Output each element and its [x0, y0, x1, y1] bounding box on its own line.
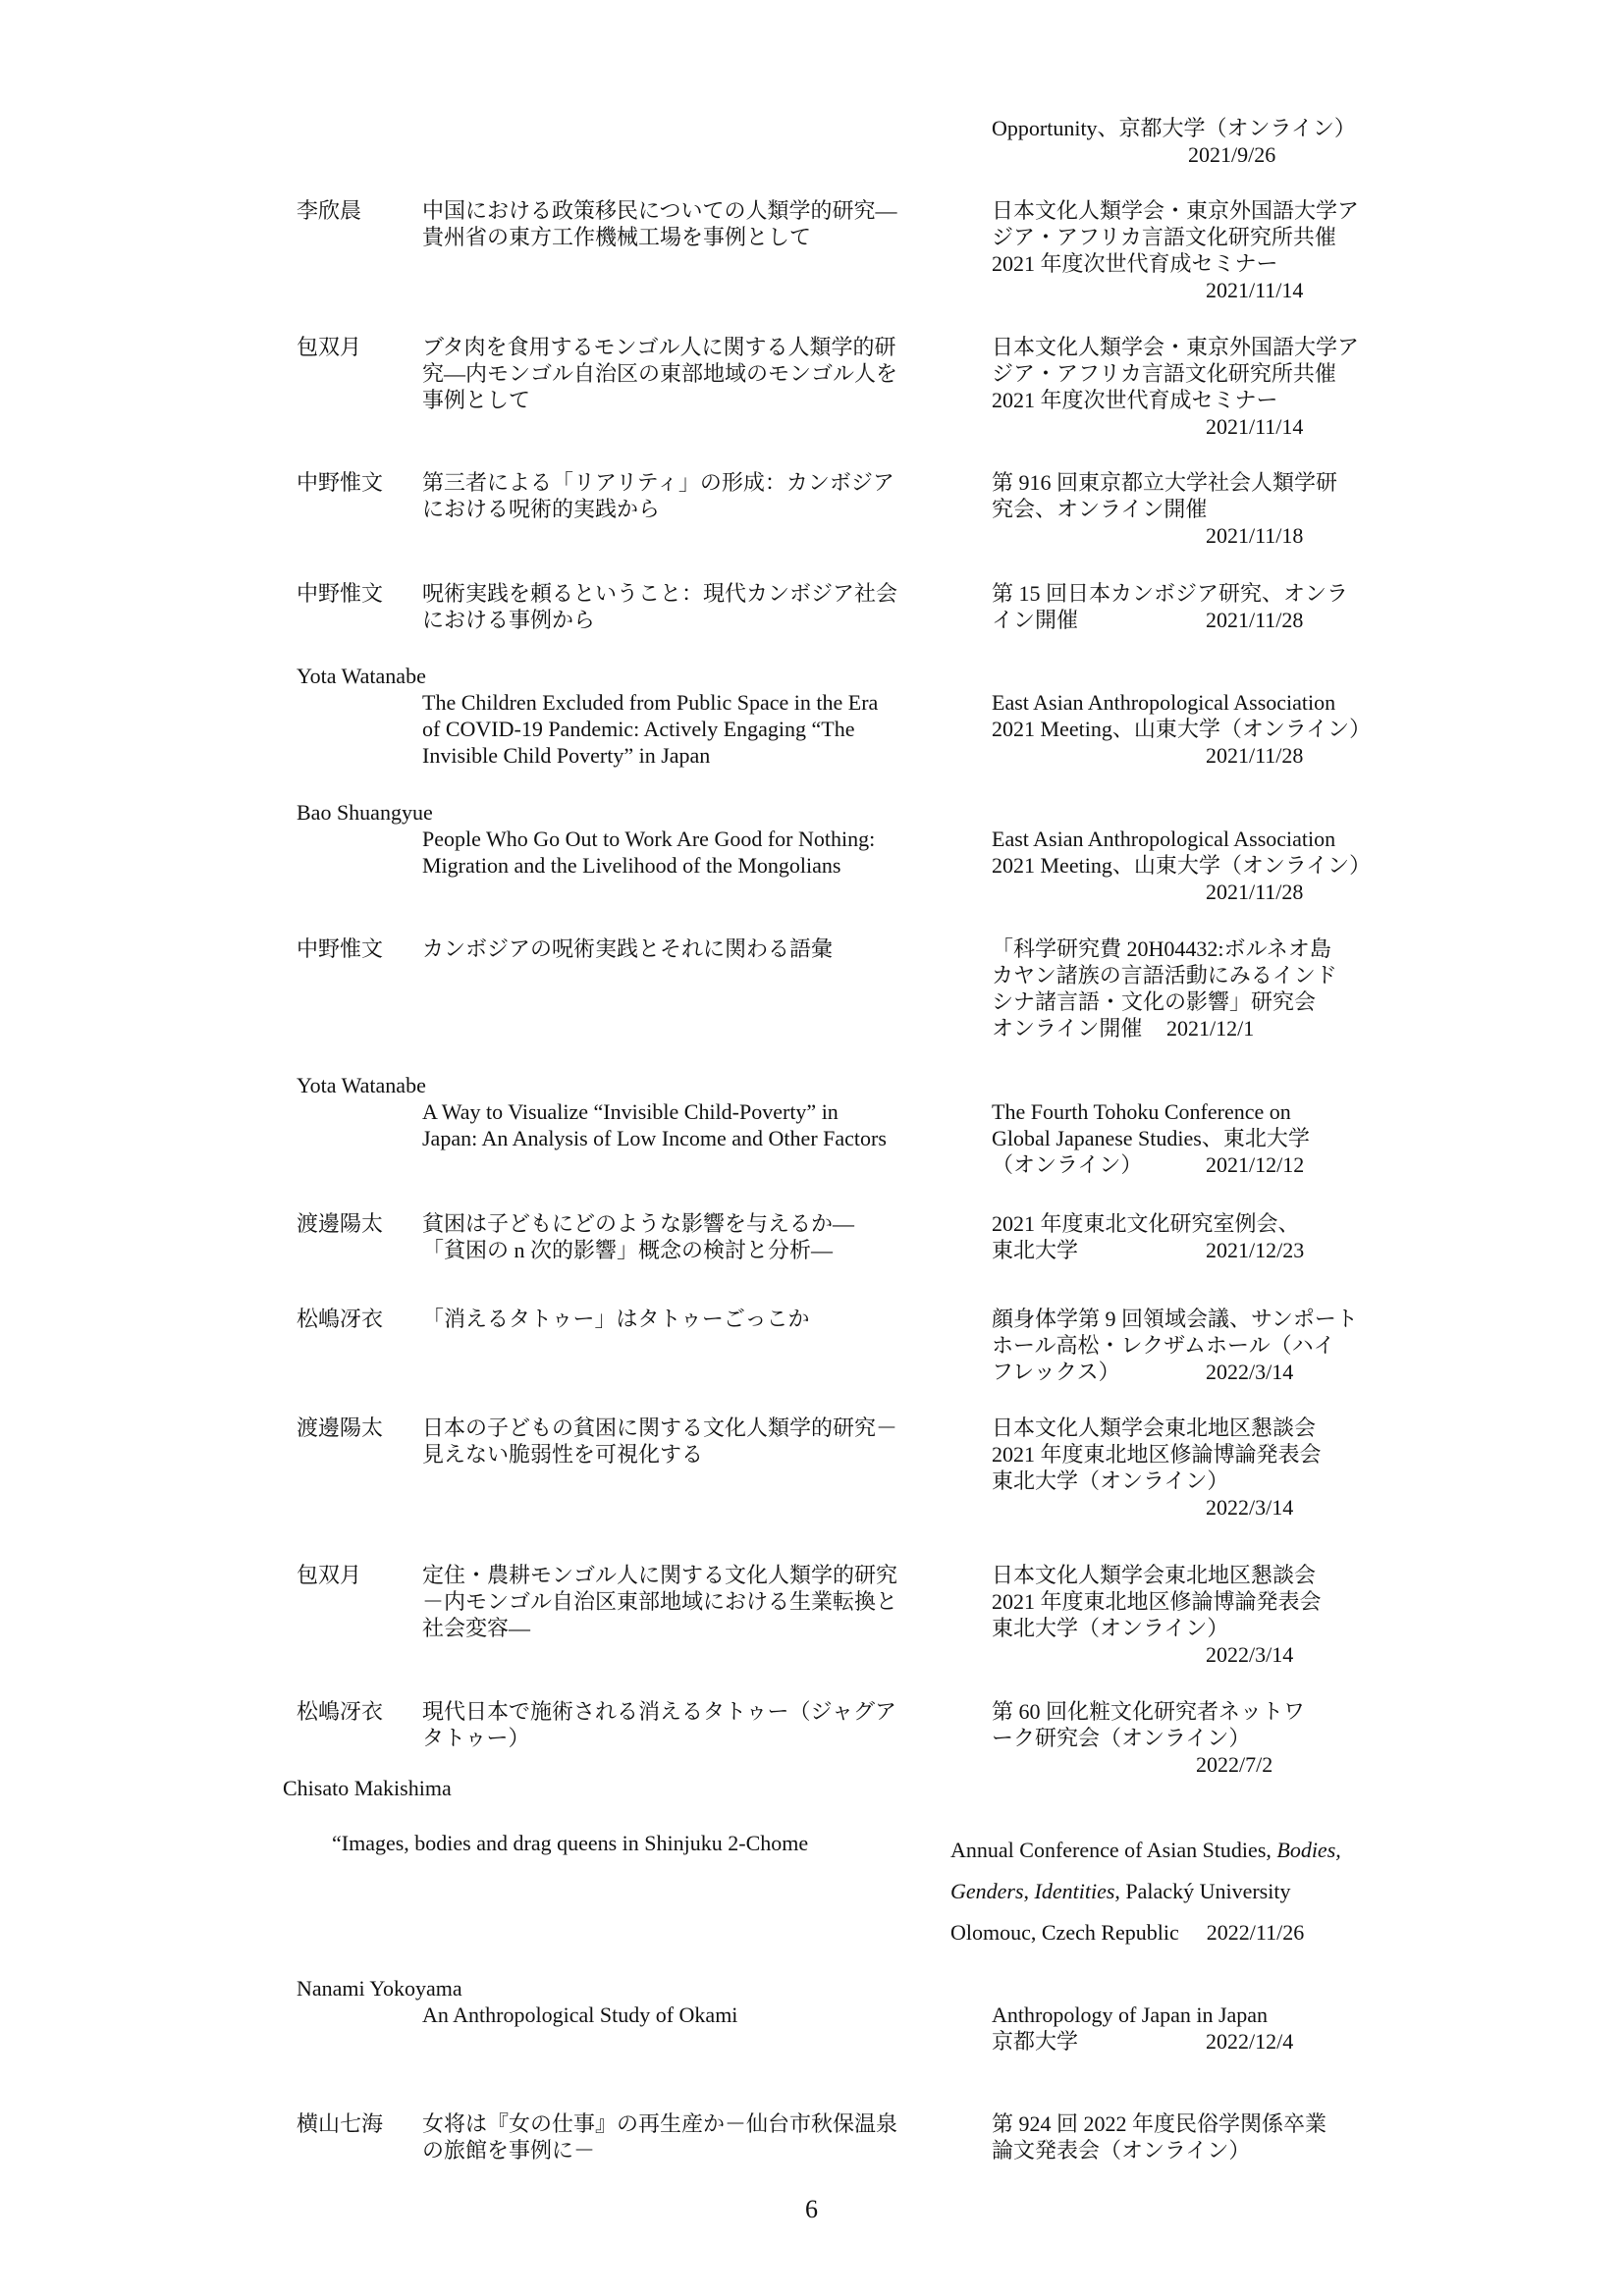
date: 2021/11/14: [992, 413, 1404, 440]
venue-line-with-date: 京都大学 2022/12/4: [992, 2028, 1404, 2055]
title-line: 日本の子どもの貧困に関する文化人類学的研究－: [422, 1415, 972, 1441]
venue-italic-text: Bodies,: [1276, 1838, 1340, 1862]
venue-line: 東北大学（オンライン）: [992, 1468, 1404, 1494]
title-line: 事例として: [422, 387, 972, 413]
venue-line: Olomouc, Czech Republic2022/11/26: [950, 1912, 1341, 1953]
venue-line: カヤン諸族の言語活動にみるインド: [992, 962, 1404, 988]
date: 2021/11/18: [992, 522, 1404, 549]
title-line: 女将は『女の仕事』の再生産か－仙台市秋保温泉: [422, 2110, 972, 2137]
venue-line-with-date: オンライン開催 2021/12/1: [992, 1015, 1404, 1041]
venue-text: Annual Conference of Asian Studies,: [950, 1838, 1276, 1862]
date: 2022/3/14: [992, 1641, 1404, 1668]
venue-line-with-date: イン開催 2021/11/28: [992, 607, 1404, 633]
venue-line: 2021 年度次世代育成セミナー: [992, 250, 1404, 277]
title-line: 貧困は子どもにどのような影響を与えるか—: [422, 1210, 972, 1237]
venue-line: ーク研究会（オンライン）: [992, 1725, 1404, 1751]
venue-text: 東北大学: [992, 1238, 1078, 1262]
page-number: 6: [805, 2196, 818, 2222]
presentation-title: 現代日本で施術される消えるタトゥー（ジャグア タトゥー）: [422, 1698, 972, 1751]
title-line: 貴州省の東方工作機械工場を事例として: [422, 224, 972, 250]
presentation-title: カンボジアの呪術実践とそれに関わる語彙: [422, 935, 972, 962]
venue: 第 924 回 2022 年度民俗学関係卒業 論文発表会（オンライン）: [992, 2110, 1404, 2163]
title-line: 第三者による「リアリティ」の形成：カンボジア: [422, 469, 972, 496]
date: 2021/11/28: [992, 742, 1404, 769]
venue: 日本文化人類学会・東京外国語大学ア ジア・アフリカ言語文化研究所共催 2021 …: [992, 197, 1404, 303]
venue-line: ジア・アフリカ言語文化研究所共催: [992, 224, 1404, 250]
presenter-name: 松嶋冴衣: [297, 1698, 383, 1725]
presentation-title: 「消えるタトゥー」はタトゥーごっこか: [422, 1306, 972, 1332]
venue-line: 第 916 回東京都立大学社会人類学研: [992, 469, 1404, 496]
venue-line: Anthropology of Japan in Japan: [992, 2002, 1404, 2028]
venue-line-with-date: フレックス） 2022/3/14: [992, 1359, 1404, 1385]
title-line: 「貧困の n 次的影響」概念の検討と分析—: [422, 1237, 972, 1263]
presenter-name: Yota Watanabe: [297, 663, 426, 689]
presenter-name: Yota Watanabe: [297, 1072, 426, 1098]
venue-line: Annual Conference of Asian Studies, Bodi…: [950, 1830, 1341, 1871]
venue-line-with-date: 東北大学 2021/12/23: [992, 1237, 1404, 1263]
presentation-title: 第三者による「リアリティ」の形成：カンボジア における呪術的実践から: [422, 469, 972, 522]
presentation-title: 呪術実践を頼るということ：現代カンボジア社会 における事例から: [422, 580, 972, 633]
title-line: People Who Go Out to Work Are Good for N…: [422, 826, 972, 852]
date: 2022/11/26: [1207, 1920, 1304, 1945]
presenter-name: 中野惟文: [297, 935, 383, 962]
title-line: Japan: An Analysis of Low Income and Oth…: [422, 1125, 972, 1151]
date: 2021/12/23: [1206, 1237, 1304, 1263]
venue-line: The Fourth Tohoku Conference on: [992, 1098, 1404, 1125]
title-line: A Way to Visualize “Invisible Child-Pove…: [422, 1098, 972, 1125]
title-line: タトゥー）: [422, 1725, 972, 1751]
presentation-title: People Who Go Out to Work Are Good for N…: [422, 826, 972, 879]
venue-line: 究会、オンライン開催: [992, 496, 1404, 522]
title-line: The Children Excluded from Public Space …: [422, 689, 972, 716]
venue-text: , Palacký University: [1114, 1879, 1290, 1903]
presenter-name: Bao Shuangyue: [297, 799, 433, 826]
venue: 日本文化人類学会東北地区懇談会 2021 年度東北地区修論博論発表会 東北大学（…: [992, 1562, 1404, 1668]
venue: 「科学研究費 20H04432:ボルネオ島 カヤン諸族の言語活動にみるインド シ…: [992, 935, 1404, 1041]
title-line: 「消えるタトゥー」はタトゥーごっこか: [422, 1306, 972, 1332]
presenter-name: 包双月: [297, 334, 361, 360]
date: 2022/7/2: [992, 1751, 1404, 1778]
venue-line: Opportunity、京都大学（オンライン）: [992, 115, 1404, 141]
presentation-title: A Way to Visualize “Invisible Child-Pove…: [422, 1098, 972, 1151]
venue-text: オンライン開催: [992, 1016, 1142, 1041]
venue-line: 2021 Meeting、山東大学（オンライン）: [992, 852, 1404, 879]
title-line: カンボジアの呪術実践とそれに関わる語彙: [422, 935, 972, 962]
venue: 第 916 回東京都立大学社会人類学研 究会、オンライン開催 2021/11/1…: [992, 469, 1404, 549]
venue-line: 2021 Meeting、山東大学（オンライン）: [992, 716, 1404, 742]
title-line: An Anthropological Study of Okami: [422, 2002, 972, 2028]
venue-line: 日本文化人類学会・東京外国語大学ア: [992, 197, 1404, 224]
date: 2021/11/14: [992, 277, 1404, 303]
continued-entry: Opportunity、京都大学（オンライン） 2021/9/26: [992, 115, 1404, 168]
date: 2021/12/12: [1206, 1151, 1304, 1178]
venue: East Asian Anthropological Association 2…: [992, 689, 1404, 769]
venue-line: 日本文化人類学会・東京外国語大学ア: [992, 334, 1404, 360]
date: 2022/3/14: [992, 1494, 1404, 1521]
presenter-name: 李欣晨: [297, 197, 361, 224]
title-line: of COVID-19 Pandemic: Actively Engaging …: [422, 716, 972, 742]
venue-line: シナ諸言語・文化の影響」研究会: [992, 988, 1404, 1015]
venue-line: 東北大学（オンライン）: [992, 1615, 1404, 1641]
venue: 日本文化人類学会・東京外国語大学ア ジア・アフリカ言語文化研究所共催 2021 …: [992, 334, 1404, 440]
venue-text: 京都大学: [992, 2029, 1078, 2054]
venue: 第 15 回日本カンボジア研究、オンラ イン開催 2021/11/28: [992, 580, 1404, 633]
venue-text: （オンライン）: [992, 1152, 1142, 1177]
venue-text: フレックス）: [992, 1360, 1120, 1384]
venue: Anthropology of Japan in Japan 京都大学 2022…: [992, 2002, 1404, 2055]
date: 2021/11/28: [992, 879, 1404, 905]
venue-line-with-date: （オンライン） 2021/12/12: [992, 1151, 1404, 1178]
venue-line: 2021 年度東北地区修論博論発表会: [992, 1441, 1404, 1468]
venue-italic-text: Genders: [950, 1879, 1024, 1903]
date: 2022/12/4: [1206, 2028, 1293, 2055]
title-line: Invisible Child Poverty” in Japan: [422, 742, 972, 769]
date: 2021/9/26: [992, 141, 1404, 168]
presenter-name: 渡邊陽太: [297, 1210, 383, 1237]
presentation-title: 中国における政策移民についての人類学的研究— 貴州省の東方工作機械工場を事例とし…: [422, 197, 972, 250]
venue-line: 日本文化人類学会東北地区懇談会: [992, 1562, 1404, 1588]
presenter-name: 包双月: [297, 1562, 361, 1588]
venue-line: East Asian Anthropological Association: [992, 689, 1404, 716]
venue: Annual Conference of Asian Studies, Bodi…: [950, 1830, 1341, 1953]
title-line: －内モンゴル自治区東部地域における生業転換と: [422, 1588, 972, 1615]
venue-line: 第 15 回日本カンボジア研究、オンラ: [992, 580, 1404, 607]
venue-text: イン開催: [992, 608, 1078, 632]
venue-line: 第 60 回化粧文化研究者ネットワ: [992, 1698, 1404, 1725]
title-line: における事例から: [422, 607, 972, 633]
date: 2022/3/14: [1206, 1359, 1293, 1385]
venue-line: East Asian Anthropological Association: [992, 826, 1404, 852]
venue-text: ,: [1024, 1879, 1035, 1903]
venue-italic-text: Identities: [1035, 1879, 1115, 1903]
title-line: Migration and the Livelihood of the Mong…: [422, 852, 972, 879]
presenter-name: 横山七海: [297, 2110, 383, 2137]
venue-line: 第 924 回 2022 年度民俗学関係卒業: [992, 2110, 1404, 2137]
title-line: 社会変容—: [422, 1615, 972, 1641]
title-line: における呪術的実践から: [422, 496, 972, 522]
date: 2021/12/1: [1166, 1015, 1254, 1041]
venue-text: Olomouc, Czech Republic: [950, 1920, 1179, 1945]
venue: 日本文化人類学会東北地区懇談会 2021 年度東北地区修論博論発表会 東北大学（…: [992, 1415, 1404, 1521]
title-line: 現代日本で施術される消えるタトゥー（ジャグア: [422, 1698, 972, 1725]
title-line: ブタ肉を食用するモンゴル人に関する人類学的研: [422, 334, 972, 360]
venue: 2021 年度東北文化研究室例会、 東北大学 2021/12/23: [992, 1210, 1404, 1263]
venue-line: 論文発表会（オンライン）: [992, 2137, 1404, 2163]
presentation-title: 貧困は子どもにどのような影響を与えるか— 「貧困の n 次的影響」概念の検討と分…: [422, 1210, 972, 1263]
presenter-name: 中野惟文: [297, 469, 383, 496]
venue-line: ホール高松・レクザムホール（ハイ: [992, 1332, 1404, 1359]
venue-line: 顔身体学第 9 回領域会議、サンポート: [992, 1306, 1404, 1332]
presentation-title: 日本の子どもの貧困に関する文化人類学的研究－ 見えない脆弱性を可視化する: [422, 1415, 972, 1468]
presenter-name: Chisato Makishima: [283, 1775, 452, 1801]
venue: East Asian Anthropological Association 2…: [992, 826, 1404, 905]
presentation-title: 定住・農耕モンゴル人に関する文化人類学的研究 －内モンゴル自治区東部地域における…: [422, 1562, 972, 1641]
venue-line: 2021 年度東北地区修論博論発表会: [992, 1588, 1404, 1615]
venue-line: 日本文化人類学会東北地区懇談会: [992, 1415, 1404, 1441]
venue-line: Global Japanese Studies、東北大学: [992, 1125, 1404, 1151]
presentation-title: An Anthropological Study of Okami: [422, 2002, 972, 2028]
venue-line: ジア・アフリカ言語文化研究所共催: [992, 360, 1404, 387]
presentation-title: The Children Excluded from Public Space …: [422, 689, 972, 769]
title-line: 中国における政策移民についての人類学的研究—: [422, 197, 972, 224]
venue: 第 60 回化粧文化研究者ネットワ ーク研究会（オンライン） 2022/7/2: [992, 1698, 1404, 1778]
presenter-name: 中野惟文: [297, 580, 383, 607]
presentation-title: “Images, bodies and drag queens in Shinj…: [332, 1830, 808, 1856]
title-line: 呪術実践を頼るということ：現代カンボジア社会: [422, 580, 972, 607]
presenter-name: 松嶋冴衣: [297, 1306, 383, 1332]
venue-line: 2021 年度東北文化研究室例会、: [992, 1210, 1404, 1237]
date: 2021/11/28: [1206, 607, 1303, 633]
venue-line: Genders, Identities, Palacký University: [950, 1871, 1341, 1912]
presentation-title: ブタ肉を食用するモンゴル人に関する人類学的研 究—内モンゴル自治区の東部地域のモ…: [422, 334, 972, 413]
venue: 顔身体学第 9 回領域会議、サンポート ホール高松・レクザムホール（ハイ フレッ…: [992, 1306, 1404, 1385]
presentation-title: 女将は『女の仕事』の再生産か－仙台市秋保温泉 の旅館を事例に－: [422, 2110, 972, 2163]
title-line: 究—内モンゴル自治区の東部地域のモンゴル人を: [422, 360, 972, 387]
venue-line: 2021 年度次世代育成セミナー: [992, 387, 1404, 413]
title-line: 見えない脆弱性を可視化する: [422, 1441, 972, 1468]
presenter-name: 渡邊陽太: [297, 1415, 383, 1441]
presenter-name: Nanami Yokoyama: [297, 1975, 462, 2002]
venue-line: 「科学研究費 20H04432:ボルネオ島: [992, 935, 1404, 962]
title-line: の旅館を事例に－: [422, 2137, 972, 2163]
title-line: 定住・農耕モンゴル人に関する文化人類学的研究: [422, 1562, 972, 1588]
venue: The Fourth Tohoku Conference on Global J…: [992, 1098, 1404, 1178]
